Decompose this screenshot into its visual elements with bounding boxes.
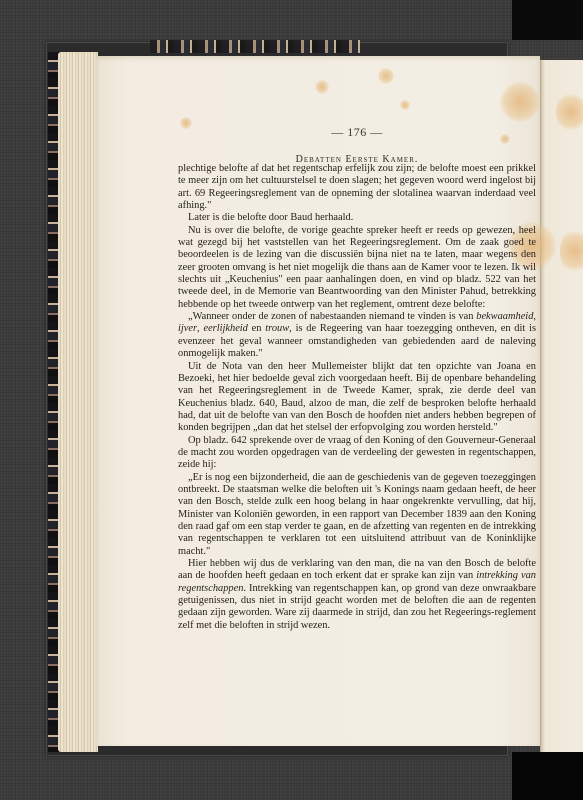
paragraph: Hier hebben wij dus de verklaring van de… [178, 558, 536, 632]
text-run: en [248, 323, 265, 334]
paragraph-quote: „Er is nog een bijzonderheid, die aan de… [178, 472, 536, 558]
foxing-stain [400, 100, 410, 110]
background-black-bottom-right [512, 752, 583, 800]
paragraph: Later is die belofte door Baud herhaald. [178, 212, 536, 224]
emphasis: eerlijkheid [203, 323, 247, 334]
emphasis: bekwaamheid [476, 311, 533, 322]
paragraph: Op bladz. 642 sprekende over de vraag of… [178, 435, 536, 472]
paragraph: Uit de Nota van den heer Mullemeister bl… [178, 361, 536, 435]
emphasis: trouw [265, 323, 289, 334]
facing-page-gutter [540, 60, 583, 752]
foxing-stain [500, 82, 540, 122]
emphasis: ijver [178, 323, 197, 334]
text-run: , [533, 311, 536, 322]
foxing-stain [315, 80, 329, 94]
text-run: „Wanneer onder de zonen of nabestaanden … [188, 311, 476, 322]
foxing-stain [556, 92, 583, 132]
page-number: — 176 — [176, 125, 538, 140]
page-header: — 176 — Debatten Eerste Kamer. [176, 125, 538, 165]
page-stack-edges [58, 52, 98, 752]
marbled-spine-edge [150, 40, 360, 53]
foxing-stain [560, 228, 583, 274]
paragraph: Nu is over die belofte, de vorige geacht… [178, 225, 536, 311]
paragraph-quote: „Wanneer onder de zonen of nabestaanden … [178, 311, 536, 360]
paragraph: plechtige belofte af dat het regentschap… [178, 163, 536, 212]
foxing-stain [378, 68, 394, 84]
body-text: plechtige belofte af dat het regentschap… [178, 163, 536, 632]
background-black-top-right [512, 0, 583, 40]
